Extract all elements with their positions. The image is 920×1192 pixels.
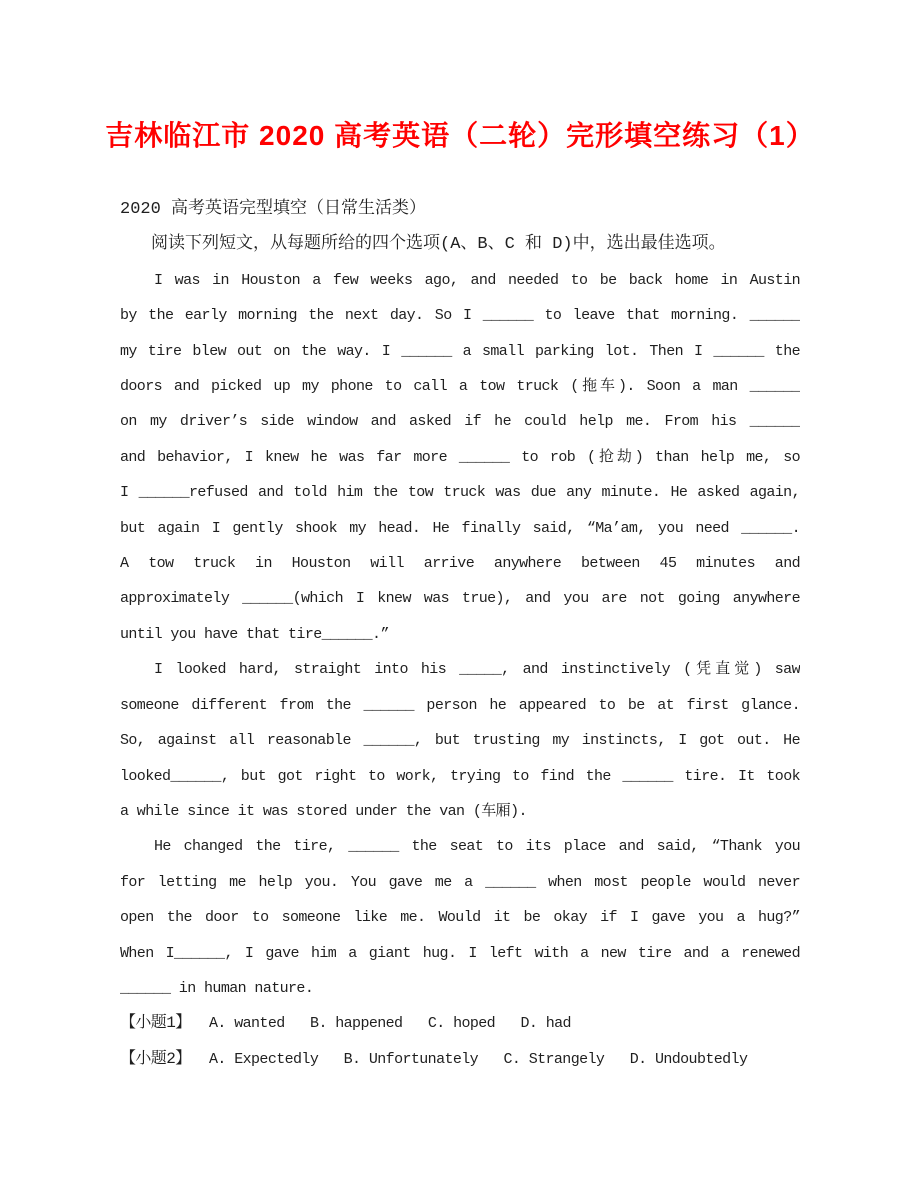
passage-line: He changed the tire, ______ the seat to …	[120, 829, 800, 864]
passage-line: until you have that tire______.”	[120, 617, 800, 652]
passage-line: doors and picked up my phone to call a t…	[120, 369, 800, 404]
question-1-option-a: A. wanted	[209, 1015, 285, 1032]
passage-line: approximately ______(which I knew was tr…	[120, 581, 800, 616]
question-1-label: 【小题1】	[120, 1014, 191, 1032]
passage-line: on my driver’s side window and asked if …	[120, 404, 800, 439]
question-1-option-c: C. hoped	[428, 1015, 495, 1032]
passage-line: and behavior, I knew he was far more ___…	[120, 440, 800, 475]
passage-line: open the door to someone like me. Would …	[120, 900, 800, 935]
passage-line: my tire blew out on the way. I ______ a …	[120, 334, 800, 369]
question-2-option-a: A. Expectedly	[209, 1051, 318, 1068]
question-2-option-c: C. Strangely	[504, 1051, 605, 1068]
passage-line: by the early morning the next day. So I …	[120, 298, 800, 333]
passage-line: ______ in human nature.	[120, 971, 800, 1006]
question-1: 【小题1】 A. wanted B. happened C. hoped D. …	[120, 1006, 800, 1041]
passage-line: but again I gently shook my head. He fin…	[120, 511, 800, 546]
passage-line: So, against all reasonable ______, but t…	[120, 723, 800, 758]
question-2-option-b: B. Unfortunately	[344, 1051, 478, 1068]
document-page: 吉林临江市 2020 高考英语（二轮）完形填空练习（1） 2020 高考英语完型…	[0, 0, 920, 1192]
question-2-option-d: D. Undoubtedly	[630, 1051, 748, 1068]
passage-line: a while since it was stored under the va…	[120, 794, 800, 829]
passage-paragraph-2: I looked hard, straight into his _____, …	[120, 652, 800, 829]
passage-line: for letting me help you. You gave me a _…	[120, 865, 800, 900]
question-2-label: 【小题2】	[120, 1050, 191, 1068]
passage-line: When I______, I gave him a giant hug. I …	[120, 936, 800, 971]
passage-line: I looked hard, straight into his _____, …	[120, 652, 800, 687]
question-1-option-b: B. happened	[310, 1015, 402, 1032]
question-2: 【小题2】 A. Expectedly B. Unfortunately C. …	[120, 1042, 800, 1077]
instructions-line: 阅读下列短文，从每题所给的四个选项(A、B、C 和 D)中，选出最佳选项。	[120, 227, 800, 262]
passage-paragraph-1: I was in Houston a few weeks ago, and ne…	[120, 263, 800, 652]
passage-line: looked______, but got right to work, try…	[120, 759, 800, 794]
passage-paragraph-3: He changed the tire, ______ the seat to …	[120, 829, 800, 1006]
passage-line: someone different from the ______ person…	[120, 688, 800, 723]
section-heading: 2020 高考英语完型填空（日常生活类）	[120, 192, 800, 227]
passage-line: A tow truck in Houston will arrive anywh…	[120, 546, 800, 581]
passage-line: I was in Houston a few weeks ago, and ne…	[120, 263, 800, 298]
document-body: 2020 高考英语完型填空（日常生活类） 阅读下列短文，从每题所给的四个选项(A…	[120, 192, 800, 1077]
passage-line: I ______refused and told him the tow tru…	[120, 475, 800, 510]
question-1-option-d: D. had	[521, 1015, 571, 1032]
document-title: 吉林临江市 2020 高考英语（二轮）完形填空练习（1）	[0, 0, 920, 156]
